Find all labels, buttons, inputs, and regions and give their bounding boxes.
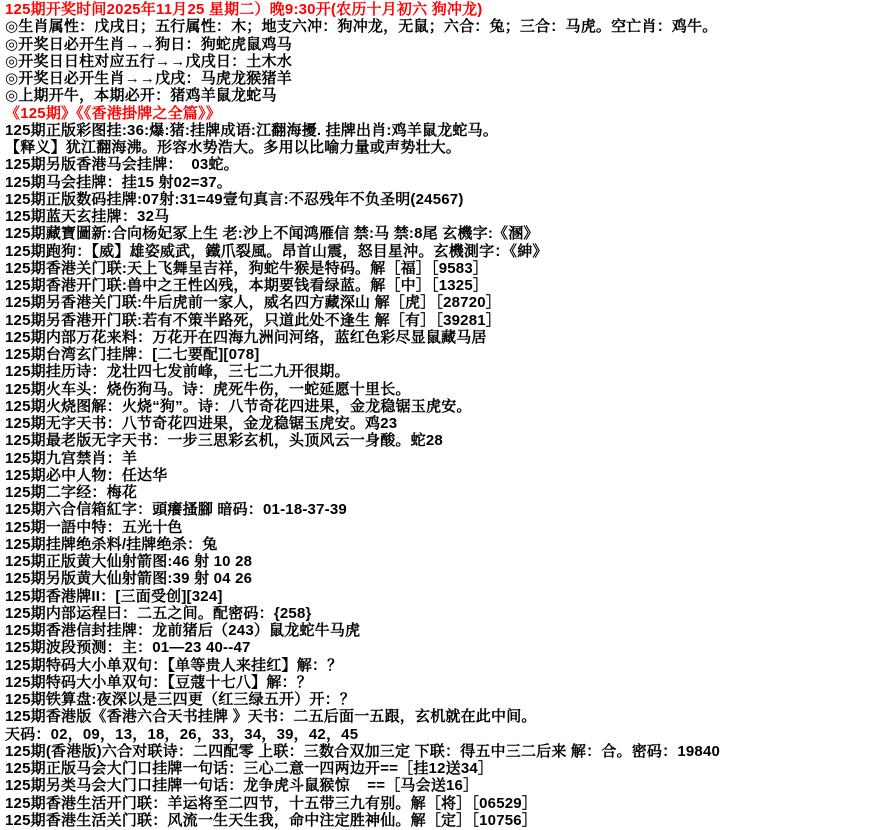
text-line: ◎开奖日必开生肖→→戊戌：马虎龙猴猪羊 bbox=[5, 70, 886, 87]
text-line: 125期(香港版)六合对联诗：二四配零 上联：三数合双加三定 下联：得五中三二后… bbox=[5, 743, 886, 760]
text-line: 125期香港版《香港六合天书挂牌 》天书：二五后面一五跟，玄机就在此中间。 bbox=[5, 708, 886, 725]
text-line: 125期另香港开门联:若有不策半路死，只道此处不逢生 解［有］［39281］ bbox=[5, 312, 886, 329]
text-line: 125期九宫禁肖：羊 bbox=[5, 450, 886, 467]
text-line: 125期另类马会大门口挂牌一句话：龙争虎斗鼠猴惊 ==［马会送16］ bbox=[5, 777, 886, 794]
text-line: 125期香港生活开门联：羊运将至二四节，十五带三九有别。解［将］［06529］ bbox=[5, 795, 886, 812]
text-line: 125期六合信箱紅字：頭癢搔腳 暗码：01-18-37-39 bbox=[5, 501, 886, 518]
text-line: 125期正版黄大仙射箭图:46 射 10 28 bbox=[5, 553, 886, 570]
text-line: 125期无字天书：八节奇花四进果，金龙稳锯玉虎安。鸡23 bbox=[5, 415, 886, 432]
text-line: 125期香港信封挂牌：龙前猪后（243）鼠龙蛇牛马虎 bbox=[5, 622, 886, 639]
text-line: ◎上期开牛，本期必开：猪鸡羊鼠龙蛇马 bbox=[5, 87, 886, 104]
text-line: 125期正版马会大门口挂牌一句话：三心二意一四两边开==［挂12送34］ bbox=[5, 760, 886, 777]
text-line: 125期正版数码挂牌:07射:31=49壹句真言:不忍残年不负圣明(24567) bbox=[5, 191, 886, 208]
text-line: 125期开奖时间2025年11月25 星期二）晚9:30开(农历十月初六 狗冲龙… bbox=[5, 1, 886, 18]
text-line: 125期另版香港马会挂牌： 03蛇。 bbox=[5, 156, 886, 173]
text-line: 125期内部运程曰：二五之间。配密码：{258} bbox=[5, 605, 886, 622]
text-line: 125期另香港关门联:牛后虎前一家人，威名四方藏深山 解［虎］［28720］ bbox=[5, 294, 886, 311]
text-line: 125期特码大小单双句：【单等贵人来挂红】解：？ bbox=[5, 657, 886, 674]
lottery-info-document: 125期开奖时间2025年11月25 星期二）晚9:30开(农历十月初六 狗冲龙… bbox=[0, 0, 890, 830]
text-line: 《125期》《《香港掛牌之全篇》》 bbox=[5, 105, 886, 122]
text-line: 125期内部万花来料：万花开在四海九洲问河络，蓝红色彩尽显鼠藏马居 bbox=[5, 329, 886, 346]
text-line: 天码：02，09，13，18，26，33，34，39，42，45 bbox=[5, 726, 886, 743]
text-line: 125期香港牌II：[三面受创][324] bbox=[5, 588, 886, 605]
text-line: 125期另版黄大仙射箭图:39 射 04 26 bbox=[5, 570, 886, 587]
text-line: 125期波段预测：主：01—23 40--47 bbox=[5, 639, 886, 656]
text-line: 125期一語中特：五光十色 bbox=[5, 519, 886, 536]
text-line: 125期必中人物：任达华 bbox=[5, 467, 886, 484]
text-line: 125期特码大小单双句：【豆蔻十七八】解：？ bbox=[5, 674, 886, 691]
text-line: 【释义】犹江翻海沸。形容水势浩大。多用以比喻力量或声势壮大。 bbox=[5, 139, 886, 156]
text-line: 125期挂牌绝杀料/挂牌绝杀：兔 bbox=[5, 536, 886, 553]
text-line: ◎生肖属性：戊戌日；五行属性：木；地支六冲：狗冲龙，无鼠；六合：兔；三合：马虎。… bbox=[5, 18, 886, 35]
text-line: 125期跑狗：【威】雄姿威武，鐵爪裂風。昂首山震，怒目星沖。玄機測字：《紳》 bbox=[5, 243, 886, 260]
text-line: 125期挂历诗：龙壮四七发前峰，三七二九开很期。 bbox=[5, 363, 886, 380]
text-line: ◎开奖日必开生肖→→狗日：狗蛇虎鼠鸡马 bbox=[5, 36, 886, 53]
text-line: 125期火车头：烧伤狗马。诗：虎死牛伤，一蛇延愿十里长。 bbox=[5, 381, 886, 398]
text-line: 125期二字经：梅花 bbox=[5, 484, 886, 501]
text-line: 125期铁算盘:夜深以是三四更（红三绿五开）开：？ bbox=[5, 691, 886, 708]
text-line: 125期香港生活关门联：风流一生天生我，命中注定胜神仙。解［定］［10756］ bbox=[5, 812, 886, 829]
text-line: 125期最老版无字天书：一步三思彩玄机，头顶风云一身酸。蛇28 bbox=[5, 432, 886, 449]
text-line: 125期正版彩图挂:36:爆:猪:挂牌成语:江翻海擾. 挂牌出肖:鸡羊鼠龙蛇马。 bbox=[5, 122, 886, 139]
text-line: 125期藏寶圖新:合向杨妃冢上生 老:沙上不闻鸿雁信 禁:马 禁:8尾 玄機字:… bbox=[5, 225, 886, 242]
text-line: 125期台湾玄门挂牌：[二七要配][078] bbox=[5, 346, 886, 363]
text-line: 125期蓝天玄挂牌：32马 bbox=[5, 208, 886, 225]
text-line: 125期香港关门联:天上飞舞呈吉祥，狗蛇牛猴是特码。解［福］［9583］ bbox=[5, 260, 886, 277]
text-line: ◎开奖日日柱对应五行→→戊戌日：土木水 bbox=[5, 53, 886, 70]
text-line: 125期香港开门联:兽中之王性凶残，本期要钱看绿蓝。解［中］［1325］ bbox=[5, 277, 886, 294]
text-line: 125期马会挂牌：挂15 射02=37。 bbox=[5, 174, 886, 191]
text-line: 125期火烧图解：火烧“狗”。诗：八节奇花四进果，金龙稳锯玉虎安。 bbox=[5, 398, 886, 415]
